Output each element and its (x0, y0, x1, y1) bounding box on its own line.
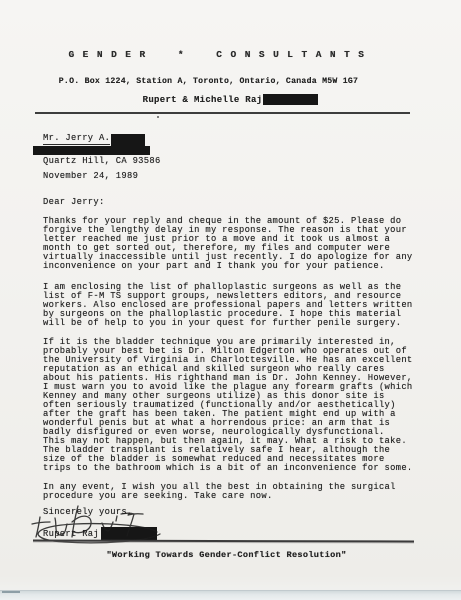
letterhead-divider-rule (35, 112, 410, 114)
salutation: Dear Jerry: (43, 198, 105, 207)
footer-motto: "Working Towards Gender-Conflict Resolut… (0, 550, 457, 560)
recipient-city: Quartz Hill, CA 93586 (43, 157, 161, 166)
recipient-name: Mr. Jerry A. (43, 134, 110, 145)
body-paragraph-1: Thanks for your reply and cheque in the … (43, 217, 413, 271)
scan-edge-mark (2, 591, 20, 593)
body-paragraph-3: If it is the bladder technique you are p… (43, 338, 413, 473)
body-paragraph-2: I am enclosing the list of phalloplastic… (43, 283, 413, 328)
scanned-letter-page: GENDER * CONSULTANTS P.O. Box 1224, Stat… (0, 0, 461, 600)
letterhead-contact-names: Rupert & Michelle Raj (143, 95, 263, 105)
redaction-bar-contact (263, 94, 318, 105)
letterhead-org-name: GENDER * CONSULTANTS (0, 49, 451, 60)
letter-date: November 24, 1989 (43, 172, 138, 181)
recipient-name-line: Mr. Jerry A. (43, 132, 145, 145)
redaction-bar-street-address (33, 146, 150, 155)
scan-edge-band (0, 590, 461, 600)
letterhead-address: P.O. Box 1224, Station A, Toronto, Ontar… (0, 77, 439, 86)
letterhead-contact-line: Rupert & Michelle Raj (0, 94, 461, 105)
scan-noise-speck (157, 116, 159, 118)
